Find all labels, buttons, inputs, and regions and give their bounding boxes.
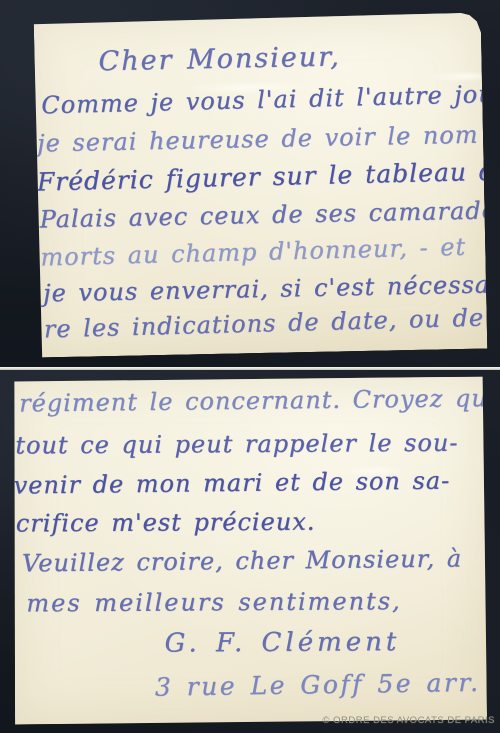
- handwriting-line: Frédéric figurer sur le tableau du: [37, 156, 488, 196]
- handwriting-line-closing: mes meilleurs sentiments,: [26, 587, 401, 617]
- handwriting-line: je serai heureuse de voir le nom de: [37, 120, 487, 158]
- handwriting-line: crifice m'est précieux.: [16, 508, 316, 538]
- handwriting-line: régiment le concernant. Croyez que: [19, 384, 487, 417]
- handwritten-card-back: régiment le concernant. Croyez que tout …: [13, 377, 487, 725]
- handwriting-line: je vous enverrai, si c'est nécessai: [43, 270, 487, 307]
- scan-bottom-half: régiment le concernant. Croyez que tout …: [0, 370, 500, 733]
- handwriting-line: venir de mon mari et de son sa-: [13, 466, 450, 499]
- handwriting-line: Palais avec ceux de ses camarades: [39, 196, 487, 233]
- handwriting-line-closing: Veuillez croire, cher Monsieur, à: [22, 544, 462, 577]
- scanned-letter-page: Cher Monsieur, Comme je vous l'ai dit l'…: [0, 0, 500, 733]
- handwriting-address: 3 rue Le Goff 5e arr.: [155, 668, 481, 702]
- handwriting-line: morts au champ d'honneur, - et: [40, 233, 466, 272]
- handwriting-signature: G. F. Clément: [164, 627, 400, 658]
- handwritten-card-front: Cher Monsieur, Comme je vous l'ai dit l'…: [34, 13, 488, 358]
- handwriting-line: Comme je vous l'ai dit l'autre jour: [41, 80, 487, 120]
- copyright-watermark: © ORDRE DES AVOCATS DE PARIS: [322, 715, 495, 726]
- handwriting-line: tout ce qui peut rappeler le sou-: [15, 429, 458, 460]
- handwriting-line: re les indications de date, ou de: [43, 303, 484, 343]
- handwriting-line-salutation: Cher Monsieur,: [98, 41, 341, 77]
- scan-top-half: Cher Monsieur, Comme je vous l'ai dit l'…: [0, 0, 500, 367]
